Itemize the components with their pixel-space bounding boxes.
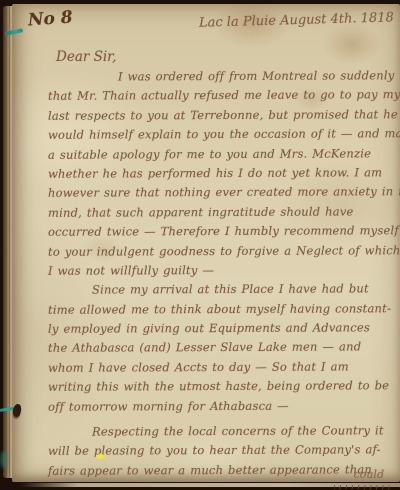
- letter-line: fairs appear to wear a much better appea…: [48, 460, 400, 481]
- letter-line: Since my arrival at this Place I have ha…: [48, 280, 400, 301]
- letter-line: to your indulgent goodness to forgive a …: [48, 241, 400, 262]
- letter-line: Respecting the local concerns of the Cou…: [48, 421, 400, 442]
- letter-line: time allowed me to think about myself ha…: [48, 299, 400, 320]
- letter-line: a suitable apology for me to you and Mrs…: [48, 144, 400, 165]
- letter-line: would himself explain to you the occasio…: [48, 124, 400, 145]
- letter-line: that Mr. Thain actually refused me leave…: [48, 86, 400, 107]
- letter-line: last respects to you at Terrebonne, but …: [48, 105, 400, 126]
- letter-line: occurred twice — Therefore I humbly reco…: [48, 221, 400, 242]
- letter-line: ly employed in giving out Equipments and…: [48, 318, 400, 339]
- teal-smudge: [0, 451, 7, 468]
- letter-line: however sure that nothing ever created m…: [48, 183, 400, 204]
- letter-line: mind, that such apparent ingratitude sho…: [48, 202, 400, 223]
- docket-number: No 8: [27, 7, 73, 30]
- next-page-writing-peek: [334, 485, 392, 489]
- catchword: could: [354, 468, 384, 481]
- letter-line: I was ordered off from Montreal so sudde…: [48, 66, 400, 87]
- letter-body: I was ordered off from Montreal so sudde…: [48, 67, 400, 480]
- manuscript-letter-photo: No 8 Lac la Pluie August 4th. 1818 Dear …: [0, 0, 400, 490]
- letter-line: the Athabasca (and) Lesser Slave Lake me…: [48, 338, 400, 359]
- letter-line: writing this with the utmost haste, bein…: [48, 376, 400, 397]
- letter-line: whom I have closed Accts to day — So tha…: [48, 357, 400, 378]
- letter-page: No 8 Lac la Pluie August 4th. 1818 Dear …: [12, 4, 400, 482]
- dateline: Lac la Pluie August 4th. 1818: [199, 10, 394, 30]
- salutation: Dear Sir,: [56, 49, 116, 65]
- highlight-mark: [96, 454, 105, 459]
- letter-line: whether he has performed his I do not ye…: [48, 163, 400, 184]
- letter-line: off tomorrow morning for Athabasca —: [48, 396, 400, 417]
- letter-line: I was not willfully guilty —: [48, 260, 400, 281]
